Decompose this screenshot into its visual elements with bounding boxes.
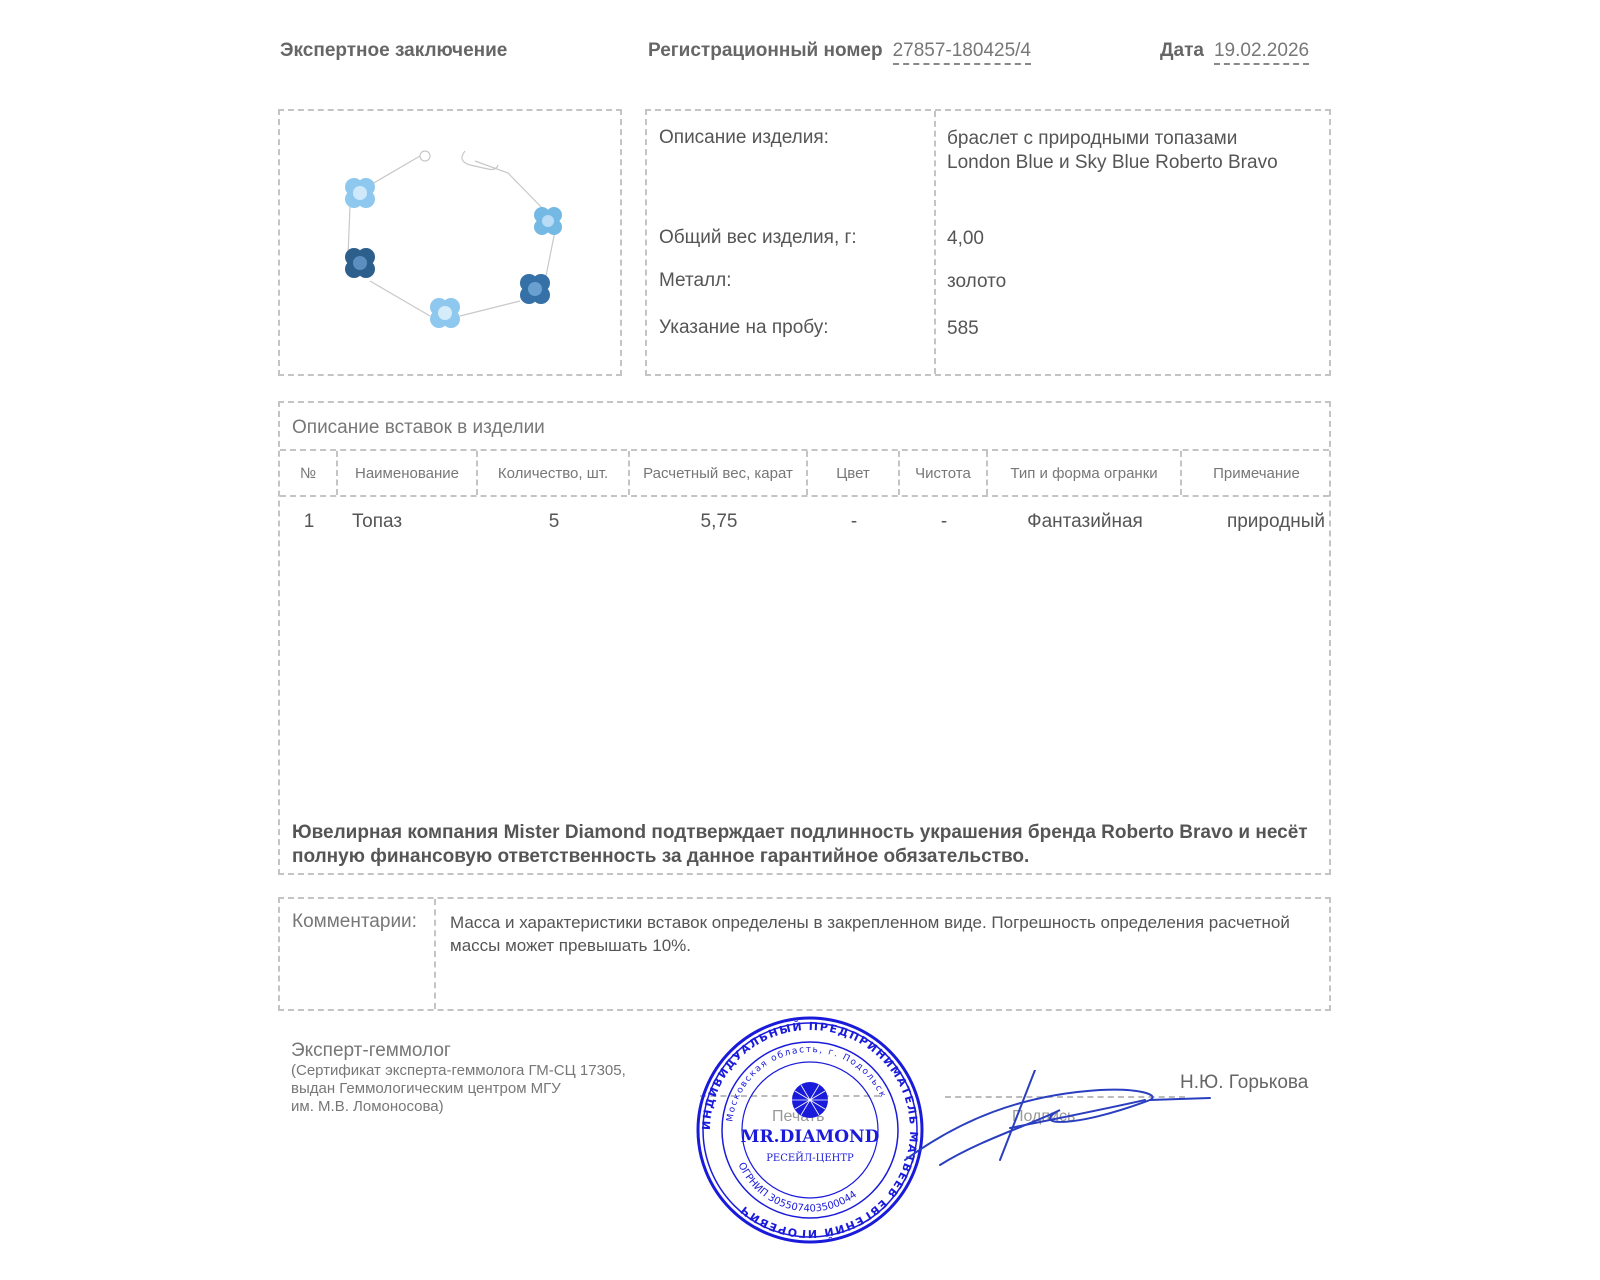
column-divider (434, 899, 436, 1009)
cert-line-3: им. М.В. Ломоносова) (291, 1098, 671, 1116)
expert-certificate: (Сертификат эксперта-геммолога ГМ-СЦ 173… (291, 1062, 671, 1116)
bracelet-image (280, 111, 620, 374)
comments-panel: Комментарии: Масса и характеристики вста… (278, 897, 1331, 1011)
column-header: Чистота (900, 451, 988, 495)
registration-label: Регистрационный номер (648, 40, 883, 61)
document-title: Экспертное заключение (280, 40, 507, 62)
comments-text: Масса и характеристики вставок определен… (450, 911, 1310, 957)
cert-line-2: выдан Геммологическим центром МГУ (291, 1080, 671, 1098)
column-header: Цвет (808, 451, 900, 495)
column-divider (934, 111, 936, 374)
table-cell: природный (1182, 511, 1331, 533)
guarantee-note: Ювелирная компания Mister Diamond подтве… (292, 821, 1322, 869)
description-line-2: London Blue и Sky Blue Roberto Bravo (947, 151, 1278, 175)
probe-label: Указание на пробу: (659, 317, 829, 339)
cert-line-1: (Сертификат эксперта-геммолога ГМ-СЦ 173… (291, 1062, 671, 1080)
table-cell: 5,75 (630, 511, 808, 533)
product-description-panel: Описание изделия: браслет с природными т… (645, 109, 1331, 376)
expert-title: Эксперт-геммолог (291, 1040, 671, 1062)
probe-value: 585 (947, 317, 979, 341)
column-header: Расчетный вес, карат (630, 451, 808, 495)
stamp-brand: MR.DIAMOND (741, 1127, 880, 1147)
table-cell: - (900, 511, 988, 533)
comments-label: Комментарии: (292, 911, 417, 933)
metal-label: Металл: (659, 270, 731, 292)
inserts-title: Описание вставок в изделии (292, 417, 545, 439)
stamp-subtitle: РЕСЕЙЛ-ЦЕНТР (766, 1152, 854, 1164)
description-value: браслет с природными топазами London Blu… (947, 127, 1278, 175)
metal-value: золото (947, 270, 1006, 294)
handwritten-signature (900, 1070, 1260, 1170)
document-date: Дата19.02.2026 (1160, 40, 1309, 62)
registration-number: Регистрационный номер27857-180425/4 (648, 40, 1031, 62)
date-value: 19.02.2026 (1214, 40, 1309, 65)
product-image (278, 109, 622, 376)
inserts-panel: Описание вставок в изделии №Наименование… (278, 401, 1331, 875)
table-cell: Топаз (338, 511, 478, 533)
description-label: Описание изделия: (659, 127, 829, 149)
registration-value: 27857-180425/4 (893, 40, 1031, 65)
column-header: Примечание (1182, 451, 1331, 495)
weight-label: Общий вес изделия, г: (659, 227, 857, 249)
weight-value: 4,00 (947, 227, 984, 251)
table-cell: Фантазийная (988, 511, 1182, 533)
column-header: Тип и форма огранки (988, 451, 1182, 495)
table-cell: 1 (280, 511, 338, 533)
company-stamp: ИНДИВИДУАЛЬНЫЙ ПРЕДПРИНИМАТЕЛЬ МАТВЕЕВ Е… (695, 1015, 925, 1245)
column-header: № (280, 451, 338, 495)
table-cell: 5 (478, 511, 630, 533)
divider (280, 495, 1329, 497)
column-header: Наименование (338, 451, 478, 495)
diamond-icon (792, 1082, 828, 1118)
date-label: Дата (1160, 40, 1204, 61)
expert-block: Эксперт-геммолог (Сертификат эксперта-ге… (291, 1040, 671, 1116)
table-cell: - (808, 511, 900, 533)
column-header: Количество, шт. (478, 451, 630, 495)
description-line-1: браслет с природными топазами (947, 127, 1278, 151)
topaz-stones (345, 178, 562, 328)
